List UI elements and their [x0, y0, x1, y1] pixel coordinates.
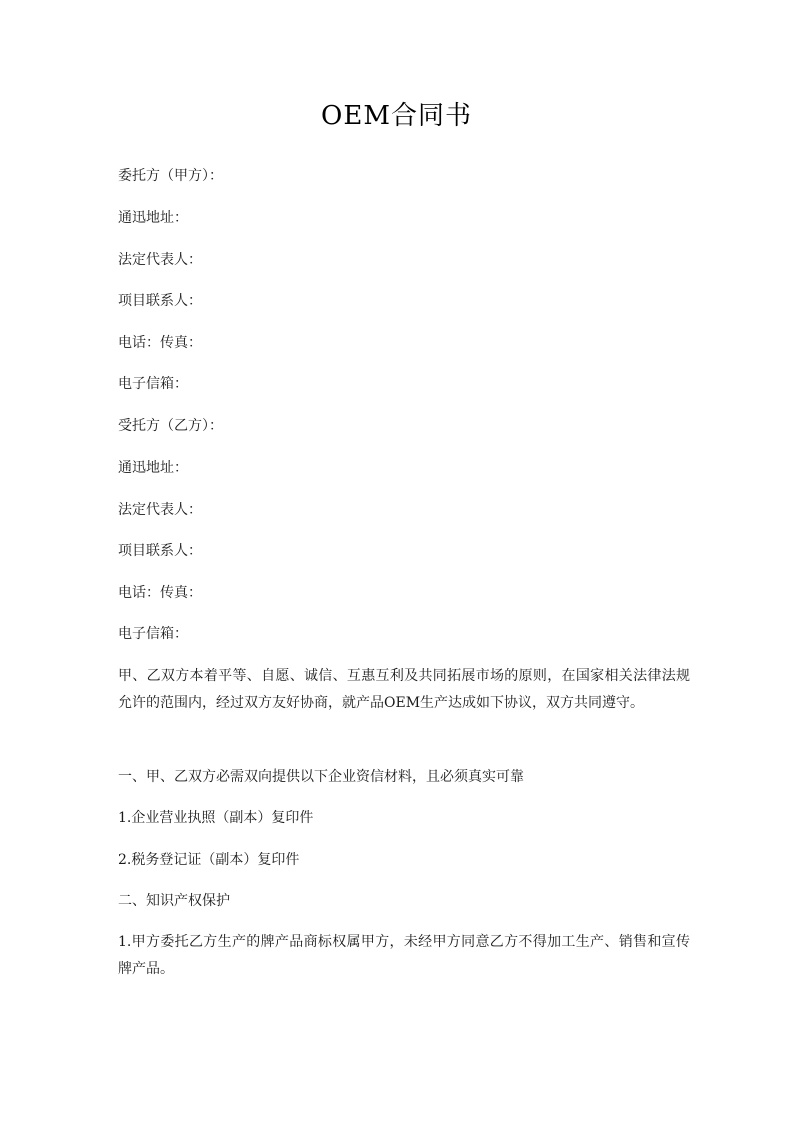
party-b-email: 电子信箱： — [118, 624, 688, 644]
party-a-address: 通迅地址： — [118, 208, 688, 228]
section-1-item-2: 2.税务登记证（副本）复印件 — [118, 850, 688, 870]
document-page: OEM合同书 委托方（甲方）： 通迅地址： 法定代表人： 项目联系人： 电话：传… — [0, 0, 793, 1122]
section-2-item-1: 1.甲方委托乙方生产的牌产品商标权属甲方，未经甲方同意乙方不得加工生产、销售和宣… — [118, 929, 690, 982]
party-a-contact: 项目联系人： — [118, 291, 688, 311]
party-b-phone-fax: 电话：传真： — [118, 583, 688, 603]
document-title: OEM合同书 — [0, 96, 793, 136]
party-a-email: 电子信箱： — [118, 374, 688, 394]
section-1-item-1: 1.企业营业执照（副本）复印件 — [118, 808, 688, 828]
party-a-legal-rep: 法定代表人： — [118, 250, 688, 270]
section-1-heading: 一、甲、乙双方必需双向提供以下企业资信材料，且必须真实可靠 — [118, 767, 688, 787]
section-2-heading: 二、知识产权保护 — [118, 891, 688, 911]
party-a-phone-fax: 电话：传真： — [118, 333, 688, 353]
preamble-paragraph: 甲、乙双方本着平等、自愿、诚信、互惠互利及共同拓展市场的原则，在国家相关法律法规… — [118, 663, 690, 716]
party-b-heading: 受托方（乙方）： — [118, 416, 688, 436]
party-b-legal-rep: 法定代表人： — [118, 500, 688, 520]
party-b-address: 通迅地址： — [118, 458, 688, 478]
party-b-contact: 项目联系人： — [118, 541, 688, 561]
party-a-heading: 委托方（甲方）： — [118, 166, 688, 186]
